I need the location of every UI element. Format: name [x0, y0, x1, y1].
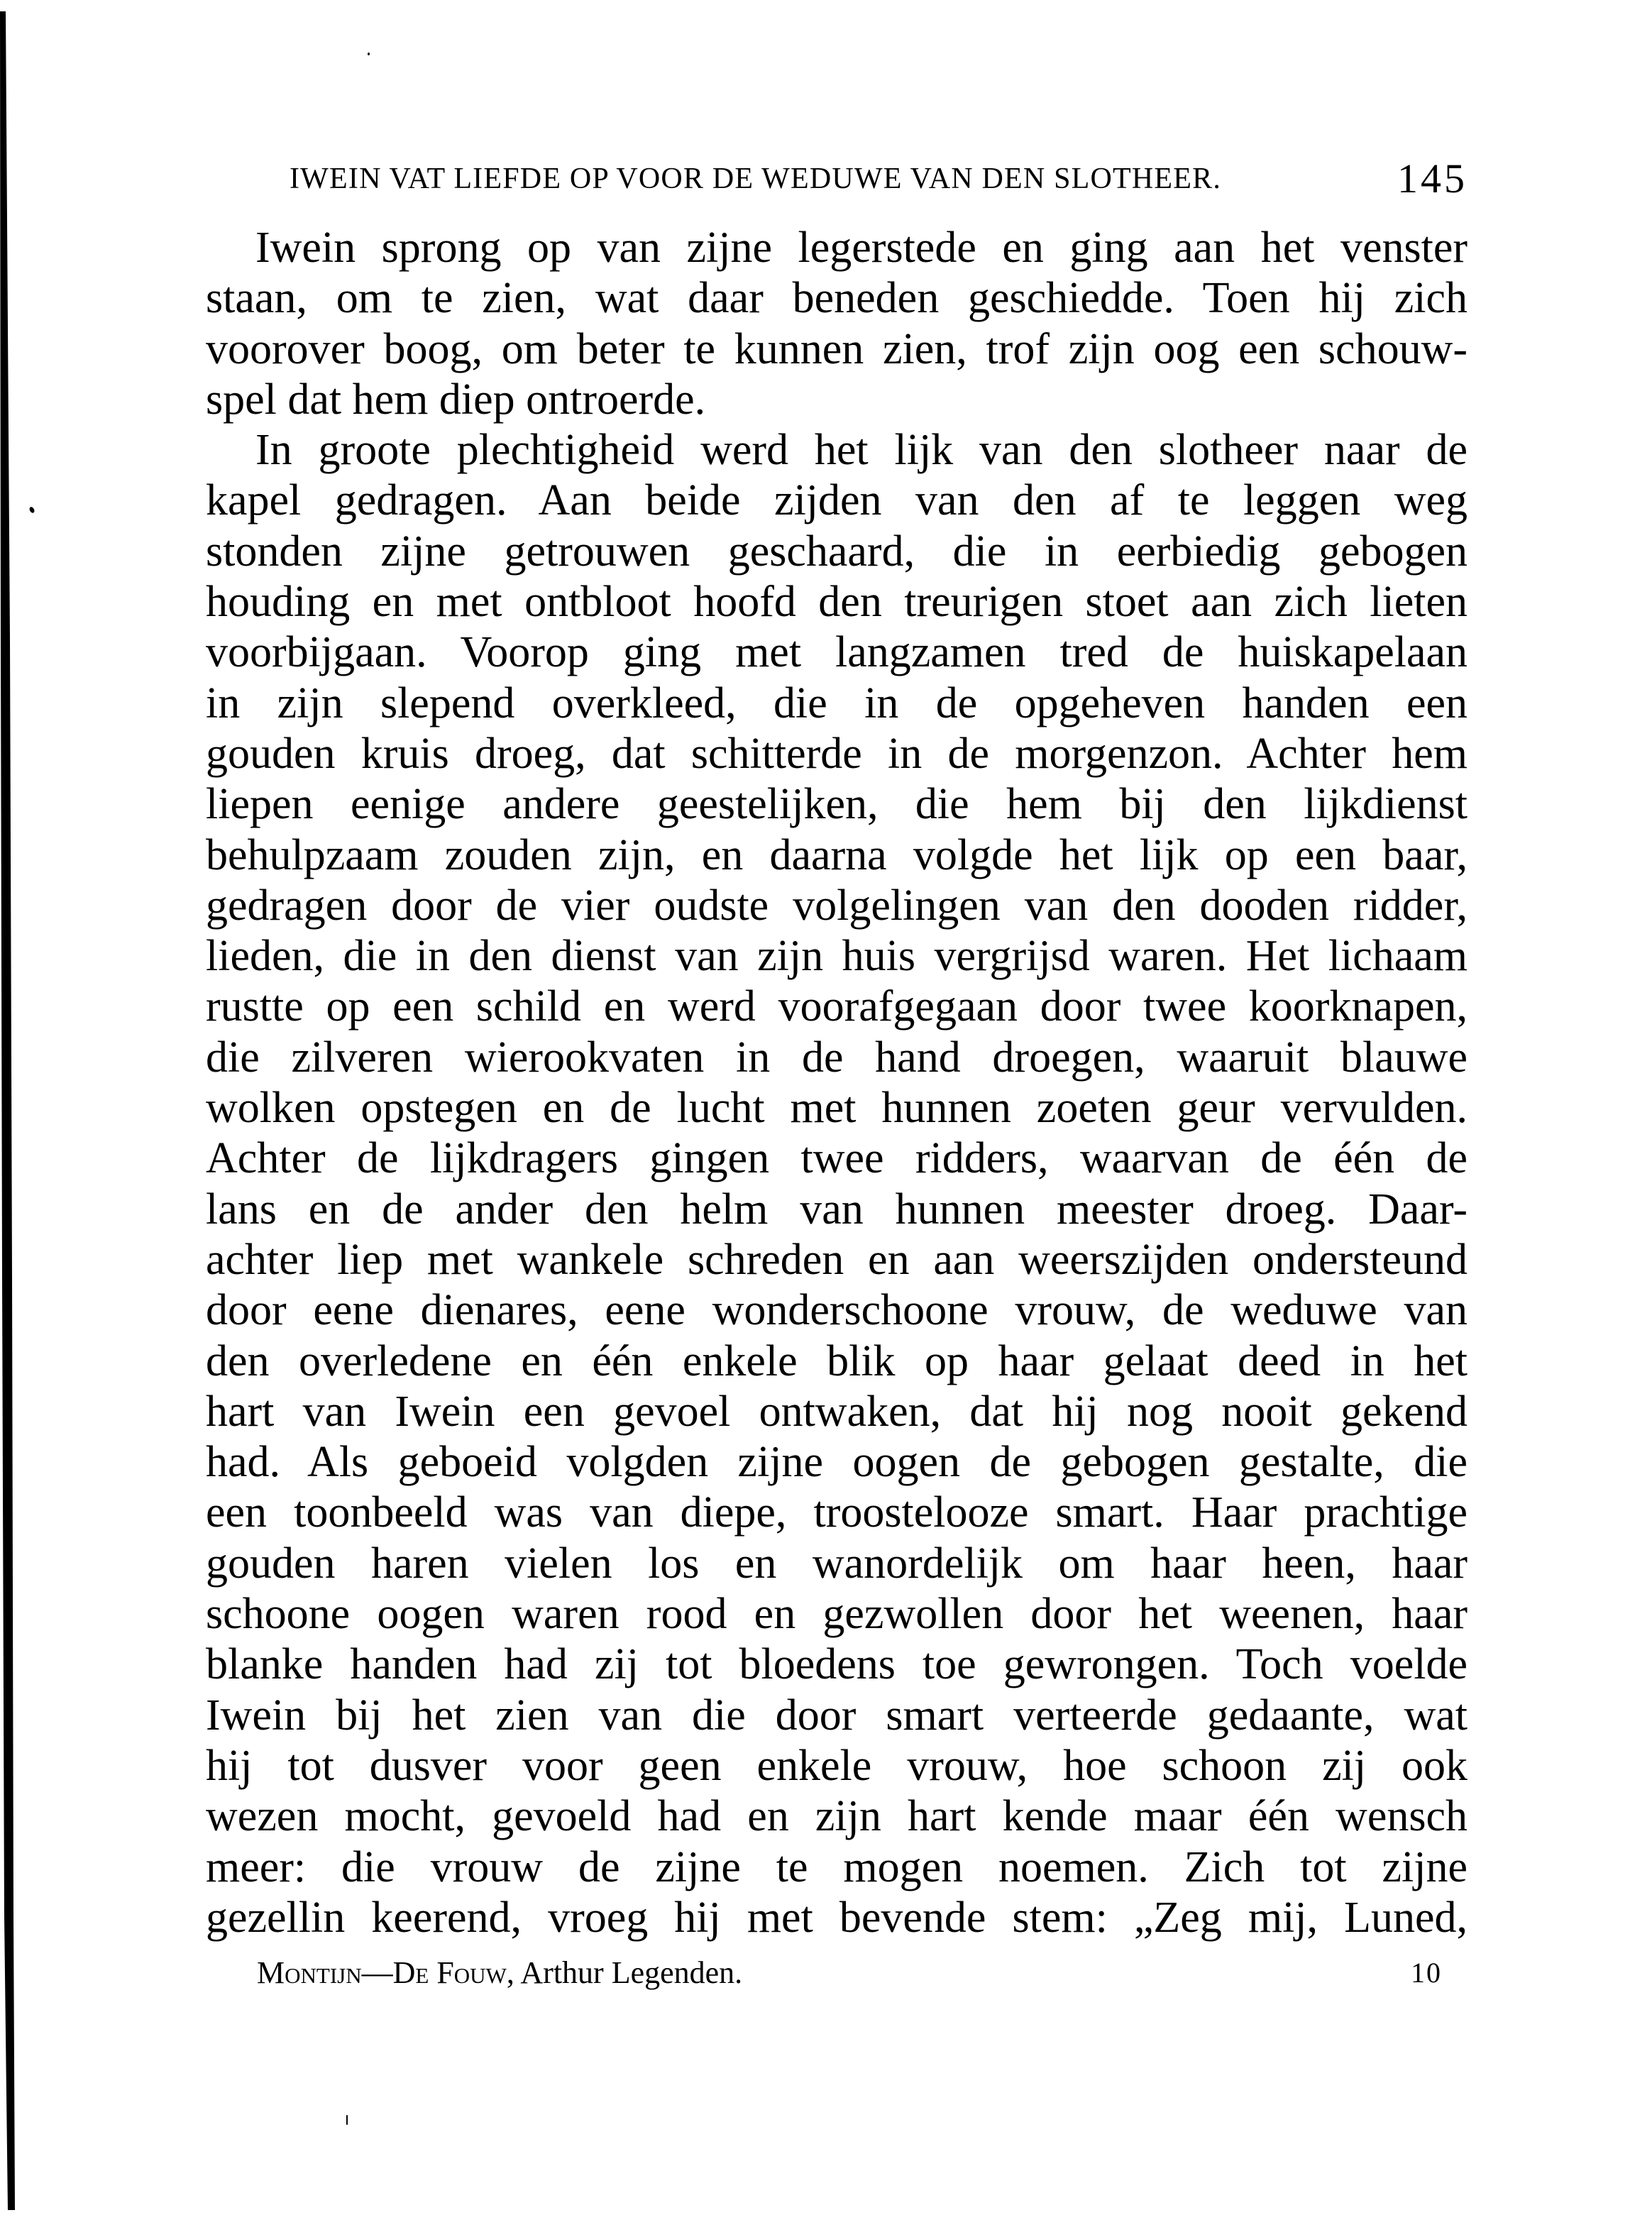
- chapter-title: IWEIN VAT LIEFDE OP VOOR DE WEDUWE VAN D…: [290, 158, 1221, 200]
- text-line: gezellin keerend, vroeg hij met bevende …: [206, 1893, 1467, 1943]
- text-line: achter liep met wankele schreden en aan …: [206, 1235, 1467, 1285]
- scan-speck: [28, 506, 35, 514]
- text-line: spel dat hem diep ontroerde.: [206, 375, 1467, 425]
- text-line: kapel gedragen. Aan beide zijden van den…: [206, 476, 1467, 526]
- text-line: wolken opstegen en de lucht met hunnen z…: [206, 1083, 1467, 1133]
- text-line: meer: die vrouw de zijne te mogen noemen…: [206, 1842, 1467, 1893]
- text-line: gedragen door de vier oudste volgelingen…: [206, 881, 1467, 931]
- footer: Montijn—De Fouw, Arthur Legenden. 10: [206, 1953, 1467, 1996]
- text-line: hij tot dusver voor geen enkele vrouw, h…: [206, 1741, 1467, 1791]
- scan-speck: [346, 2115, 348, 2125]
- page-number: 145: [1397, 153, 1467, 204]
- text-line: een toonbeeld was van diepe, troostelooz…: [206, 1488, 1467, 1538]
- text-line: door eene dienares, eene wonderschoone v…: [206, 1285, 1467, 1336]
- text-line: voorover boog, om beter te kunnen zien, …: [206, 324, 1467, 375]
- text-line: wezen mocht, gevoeld had en zijn hart ke…: [206, 1791, 1467, 1842]
- text-line: blanke handen had zij tot bloedens toe g…: [206, 1639, 1467, 1690]
- text-line: Iwein sprong op van zijne legerstede en …: [206, 223, 1467, 273]
- text-line: houding en met ontbloot hoofd den treuri…: [206, 577, 1467, 627]
- text-line: Iwein bij het zien van die door smart ve…: [206, 1691, 1467, 1741]
- text-line: die zilveren wierookvaten in de hand dro…: [206, 1033, 1467, 1083]
- text-line: gouden haren vielen los en wanordelijk o…: [206, 1539, 1467, 1589]
- scan-speck: [368, 53, 370, 55]
- body-text: Iwein sprong op van zijne legerstede en …: [206, 223, 1467, 1943]
- text-line: lans en de ander den helm van hunnen mee…: [206, 1185, 1467, 1235]
- text-line: stonden zijne getrouwen geschaard, die i…: [206, 527, 1467, 577]
- text-line: Achter de lijkdragers gingen twee ridder…: [206, 1133, 1467, 1184]
- text-line: staan, om te zien, wat daar beneden gesc…: [206, 273, 1467, 324]
- text-line: gouden kruis droeg, dat schitterde in de…: [206, 729, 1467, 779]
- text-line: In groote plechtigheid werd het lijk van…: [206, 425, 1467, 476]
- sheet-number: 10: [1411, 1953, 1442, 1993]
- printer-signature: Montijn—De Fouw, Arthur Legenden.: [257, 1953, 742, 1993]
- text-line: rustte op een schild en werd voorafgegaa…: [206, 982, 1467, 1032]
- text-line: voorbijgaan. Voorop ging met langzamen t…: [206, 627, 1467, 678]
- text-line: den overledene en één enkele blik op haa…: [206, 1336, 1467, 1387]
- text-line: had. Als geboeid volgden zijne oogen de …: [206, 1437, 1467, 1488]
- text-line: lieden, die in den dienst van zijn huis …: [206, 931, 1467, 982]
- book-title: Arthur Legenden.: [514, 1955, 742, 1990]
- text-line: in zijn slepend overkleed, die in de opg…: [206, 678, 1467, 729]
- text-line: schoone oogen waren rood en gezwollen do…: [206, 1589, 1467, 1639]
- text-line: hart van Iwein een gevoel ontwaken, dat …: [206, 1387, 1467, 1437]
- author-names: Montijn—De Fouw,: [257, 1955, 514, 1990]
- text-line: liepen eenige andere geestelijken, die h…: [206, 779, 1467, 830]
- running-head: IWEIN VAT LIEFDE OP VOOR DE WEDUWE VAN D…: [206, 158, 1467, 200]
- text-line: behulpzaam zouden zijn, en daarna volgde…: [206, 830, 1467, 881]
